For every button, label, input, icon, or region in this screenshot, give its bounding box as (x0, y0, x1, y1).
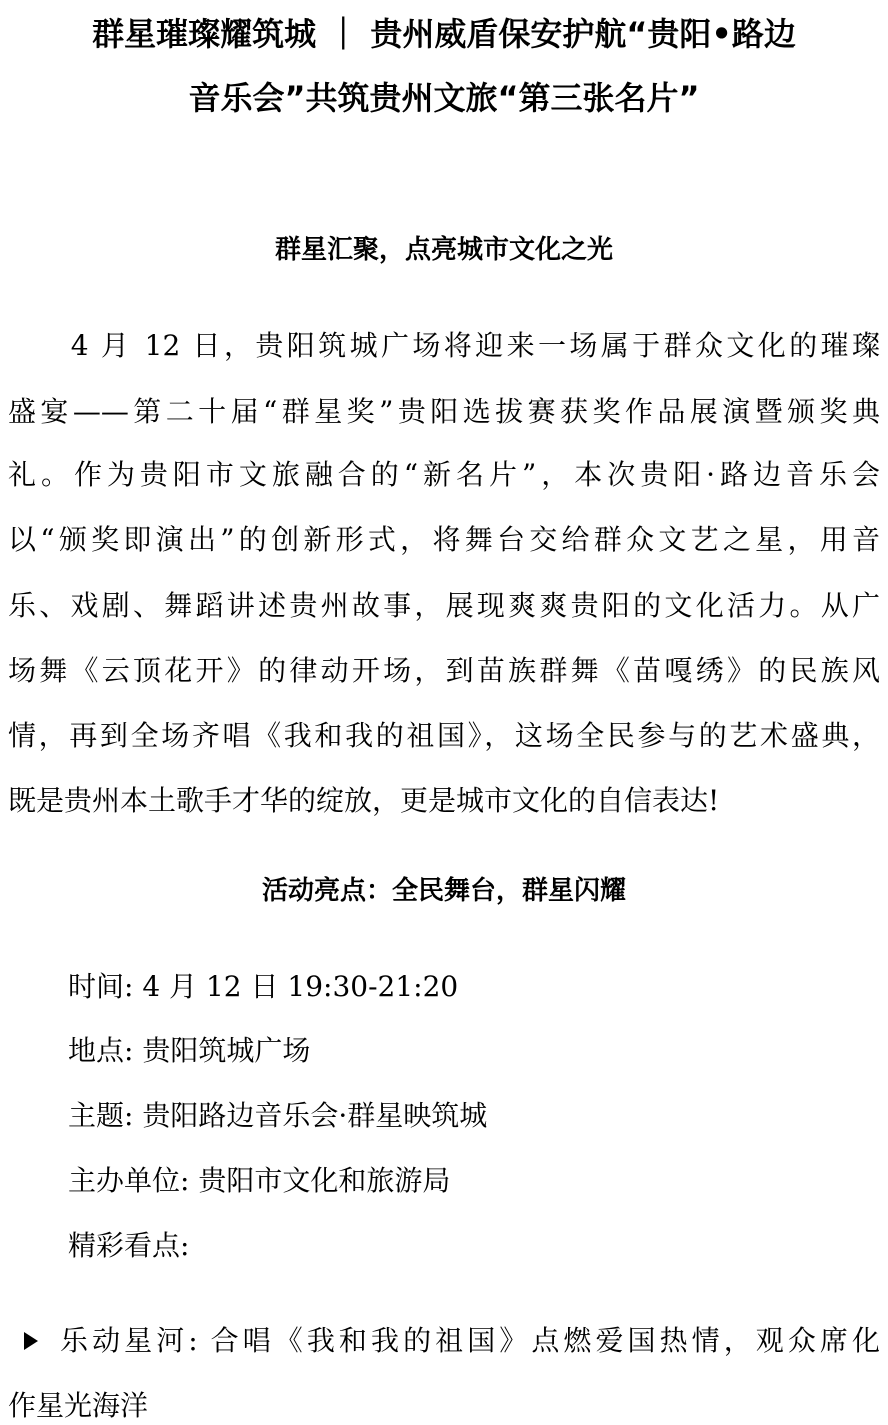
paragraph-line: 以“颁奖即演出”的创新形式，将舞台交给群众文艺之星，用音 (8, 523, 880, 557)
paragraph-line: 乐、戏剧、舞蹈讲述贵州故事，展现爽爽贵阳的文化活力。从广 (8, 589, 880, 623)
info-organizer: 主办单位: 贵阳市文化和旅游局 (68, 1164, 450, 1198)
info-theme: 主题: 贵阳路边音乐会·群星映筑城 (68, 1099, 487, 1133)
info-location: 地点: 贵阳筑城广场 (68, 1034, 310, 1068)
paragraph-line: 礼。作为贵阳市文旅融合的“新名片”，本次贵阳·路边音乐会 (8, 458, 880, 492)
highlight-text-continuation: 作星光海洋 (8, 1389, 148, 1423)
highlight-list-item: 乐动星河: 合唱《我和我的祖国》点燃爱国热情，观众席化 (24, 1324, 880, 1358)
section-heading-culture: 群星汇聚，点亮城市文化之光 (0, 233, 888, 267)
document-title-line-2: 音乐会”共筑贵州文旅“第三张名片” (0, 78, 888, 118)
document-title-line-1: 群星璀璨耀筑城 ｜ 贵州威盾保安护航“贵阳•路边 (0, 14, 888, 54)
paragraph-line: 情，再到全场齐唱《我和我的祖国》，这场全民参与的艺术盛典， (8, 719, 880, 753)
paragraph-line: 4 月 12 日，贵阳筑城广场将迎来一场属于群众文化的璀璨 (8, 329, 880, 363)
paragraph-line: 盛宴——第二十届“群星奖”贵阳选拔赛获奖作品展演暨颁奖典 (8, 395, 880, 429)
info-time: 时间: 4 月 12 日 19:30-21:20 (68, 970, 458, 1004)
paragraph-line: 场舞《云顶花开》的律动开场，到苗族群舞《苗嘎绣》的民族风 (8, 654, 880, 688)
section-heading-highlights: 活动亮点：全民舞台，群星闪耀 (0, 874, 888, 908)
info-highlights-label: 精彩看点: (68, 1229, 189, 1263)
triangle-bullet-icon (24, 1332, 38, 1350)
highlight-text: 乐动星河: 合唱《我和我的祖国》点燃爱国热情，观众席化 (60, 1324, 880, 1358)
paragraph-line: 既是贵州本土歌手才华的绽放，更是城市文化的自信表达! (8, 784, 880, 818)
